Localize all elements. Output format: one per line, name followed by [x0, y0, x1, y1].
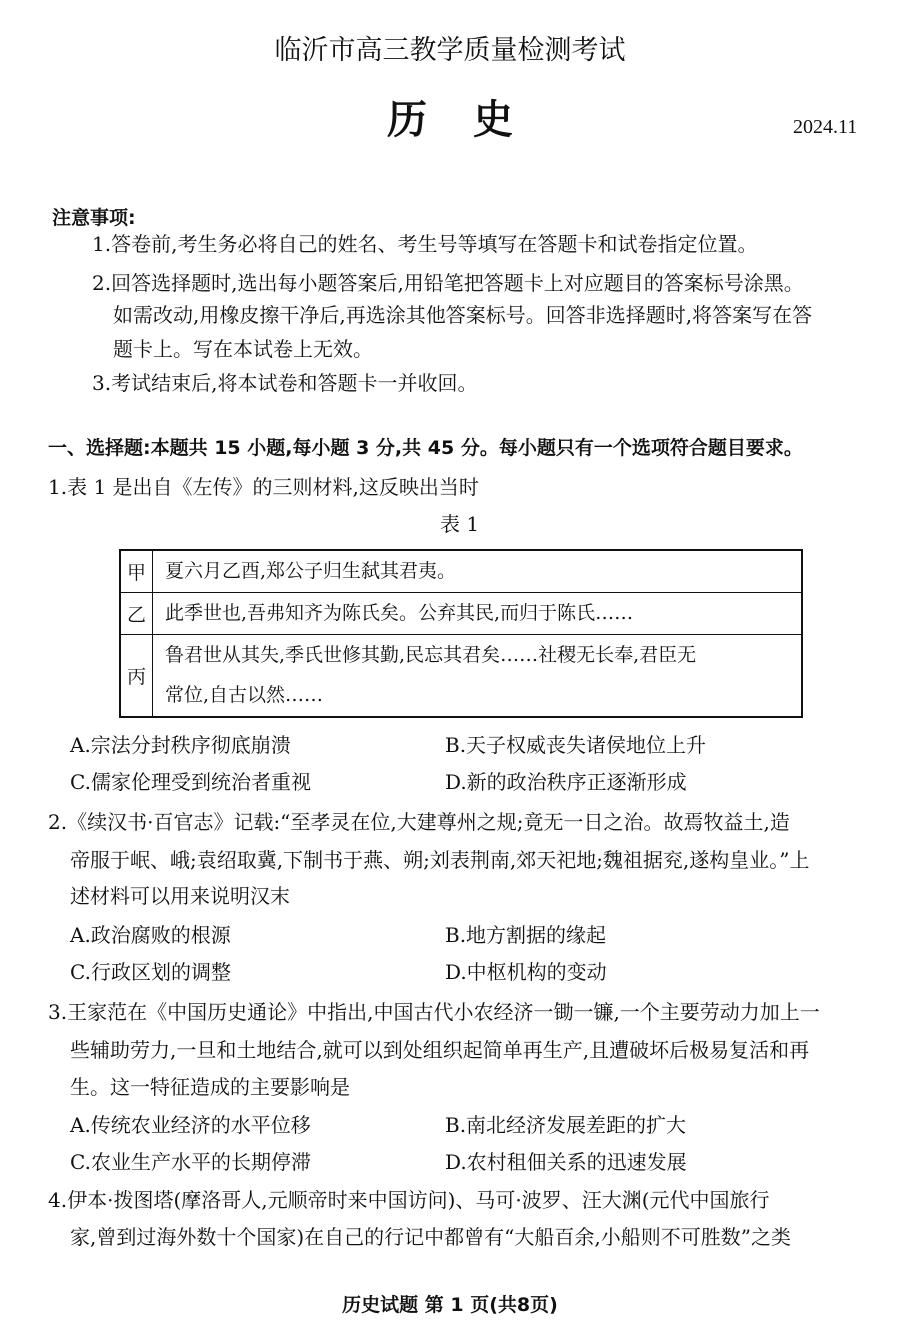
notice-item-2-cont2: 题卡上。写在本试卷上无效。 [113, 339, 373, 359]
notice-heading: 注意事项: [52, 203, 136, 230]
q2-option-c: C.行政区划的调整 [70, 962, 231, 982]
q1-option-d: D.新的政治秩序正逐渐形成 [445, 772, 687, 792]
q4-stem-2: 家,曾到过海外数十个国家)在自己的行记中都曾有“大船百余,小船则不可胜数”之类 [70, 1227, 791, 1247]
subject-title: 历史 [0, 88, 900, 145]
exam-date: 2024.11 [793, 116, 857, 139]
exam-title: 临沂市高三教学质量检测考试 [0, 28, 900, 67]
q4-stem-1: 4.伊本·拨图塔(摩洛哥人,元顺帝时来中国访问)、马可·波罗、汪大渊(元代中国旅… [48, 1190, 770, 1210]
row-label: 乙 [120, 592, 153, 634]
q3-option-c: C.农业生产水平的长期停滞 [70, 1152, 311, 1172]
q3-stem-3: 生。这一特征造成的主要影响是 [70, 1077, 350, 1097]
table-caption: 表 1 [440, 514, 479, 534]
notice-item-1: 1.答卷前,考生务必将自己的姓名、考生号等填写在答题卡和试卷指定位置。 [92, 234, 757, 254]
q3-option-b: B.南北经济发展差距的扩大 [445, 1115, 686, 1135]
row-text-line: 常位,自古以然…… [165, 675, 789, 715]
q1-stem: 1.表 1 是出自《左传》的三则材料,这反映出当时 [48, 477, 479, 497]
q3-option-a: A.传统农业经济的水平位移 [70, 1115, 311, 1135]
q2-stem-2: 帝服于岷、峨;袁绍取冀,下制书于燕、朔;刘表荆南,郊天祀地;魏祖据兖,遂构皇业。… [70, 850, 810, 870]
row-text: 夏六月乙酉,郑公子归生弑其君夷。 [153, 550, 803, 592]
row-text: 此季世也,吾弗知齐为陈氏矣。公弃其民,而归于陈氏…… [153, 592, 803, 634]
q2-stem-1: 2.《续汉书·百官志》记载:“至孝灵在位,大建尊州之规;竟无一日之治。故焉牧益土… [48, 812, 790, 832]
section-heading: 一、选择题:本题共 15 小题,每小题 3 分,共 45 分。每小题只有一个选项… [48, 438, 803, 458]
q1-option-a: A.宗法分封秩序彻底崩溃 [70, 735, 291, 755]
q3-option-d: D.农村租佃关系的迅速发展 [445, 1152, 687, 1172]
q2-option-d: D.中枢机构的变动 [445, 962, 607, 982]
row-label: 丙 [120, 634, 153, 717]
q2-option-b: B.地方割据的缘起 [445, 925, 606, 945]
q2-stem-3: 述材料可以用来说明汉末 [70, 886, 290, 906]
q2-option-a: A.政治腐败的根源 [70, 925, 231, 945]
q1-option-b: B.天子权威丧失诸侯地位上升 [445, 735, 706, 755]
notice-item-2: 2.回答选择题时,选出每小题答案后,用铅笔把答题卡上对应题目的答案标号涂黑。 [92, 273, 804, 293]
page-footer: 历史试题 第 1 页(共8页) [0, 1290, 900, 1317]
notice-item-3: 3.考试结束后,将本试卷和答题卡一并收回。 [92, 373, 477, 393]
notice-item-2-cont: 如需改动,用橡皮擦干净后,再选涂其他答案标号。回答非选择题时,将答案写在答 [113, 305, 812, 325]
row-label: 甲 [120, 550, 153, 592]
material-table: 甲 夏六月乙酉,郑公子归生弑其君夷。 乙 此季世也,吾弗知齐为陈氏矣。公弃其民,… [119, 549, 803, 718]
q3-stem-2: 些辅助劳力,一旦和土地结合,就可以到处组织起简单再生产,且遭破坏后极易复活和再 [70, 1040, 809, 1060]
q3-stem-1: 3.王家范在《中国历史通论》中指出,中国古代小农经济一锄一镰,一个主要劳动力加上… [48, 1002, 820, 1022]
row-text: 鲁君世从其失,季氏世修其勤,民忘其君矣……社稷无长奉,君臣无 常位,自古以然…… [153, 634, 803, 717]
table-row: 甲 夏六月乙酉,郑公子归生弑其君夷。 [120, 550, 802, 592]
q1-option-c: C.儒家伦理受到统治者重视 [70, 772, 311, 792]
row-text-line: 鲁君世从其失,季氏世修其勤,民忘其君矣……社稷无长奉,君臣无 [165, 635, 789, 675]
table-row: 乙 此季世也,吾弗知齐为陈氏矣。公弃其民,而归于陈氏…… [120, 592, 802, 634]
subject-text: 历史 [387, 97, 559, 143]
table-row: 丙 鲁君世从其失,季氏世修其勤,民忘其君矣……社稷无长奉,君臣无 常位,自古以然… [120, 634, 802, 717]
